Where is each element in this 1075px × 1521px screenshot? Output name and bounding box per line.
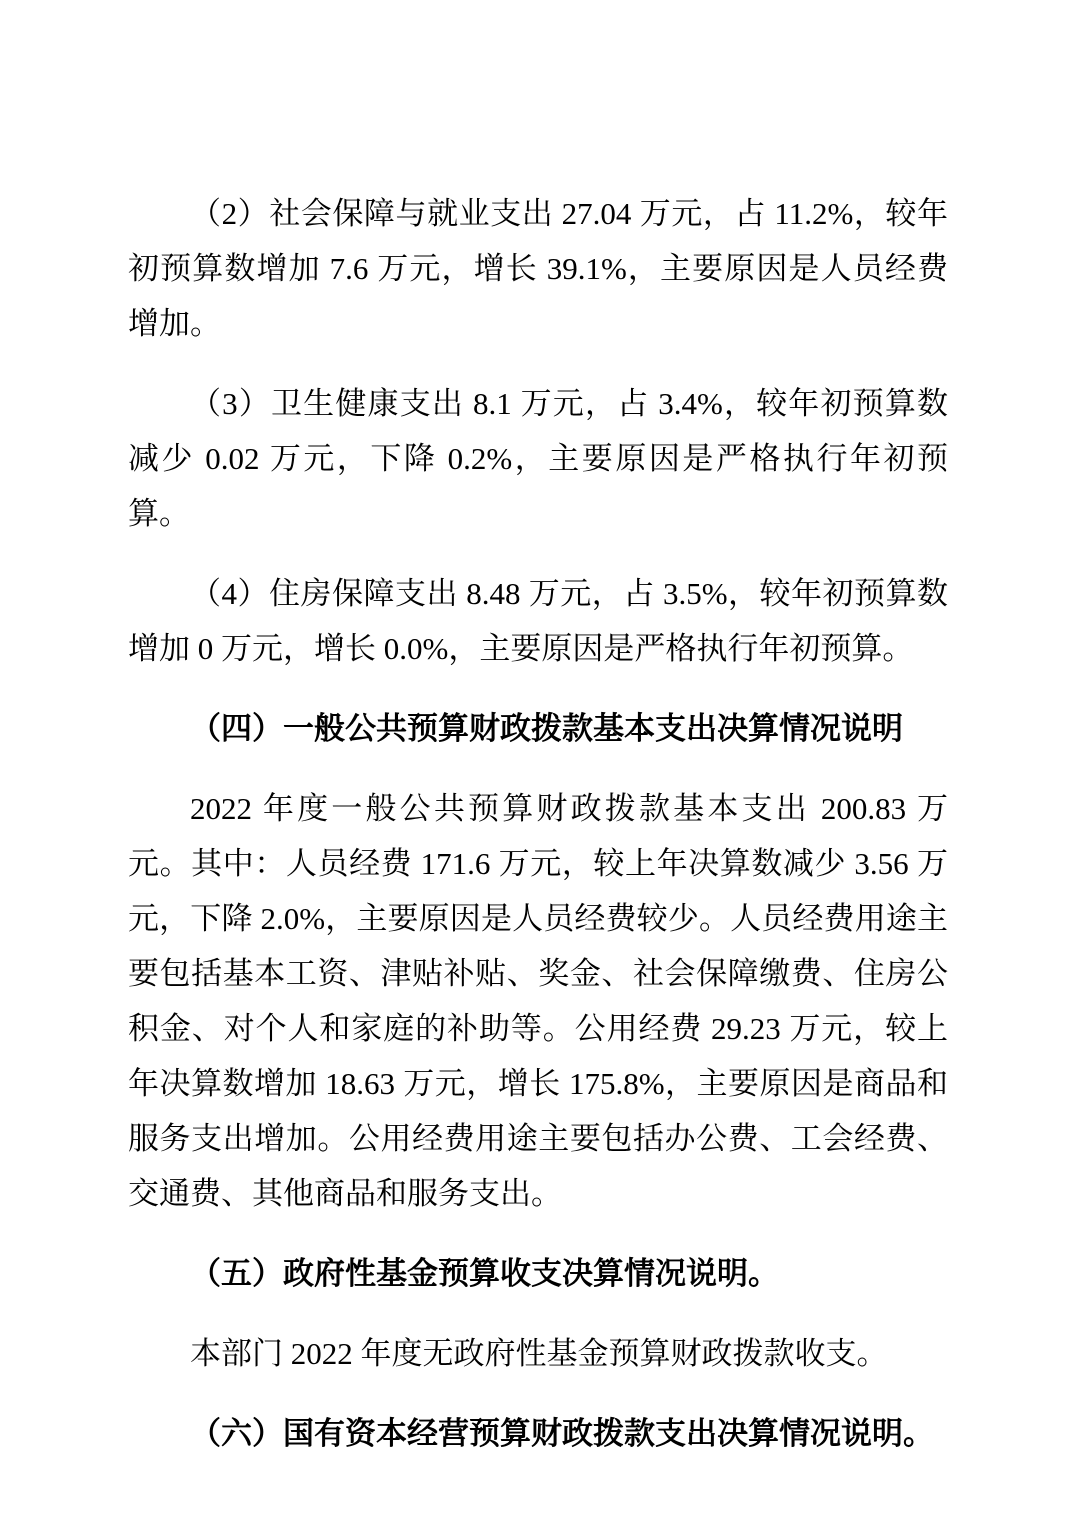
document-page: （2）社会保障与就业支出 27.04 万元，占 11.2%，较年初预算数增加 7…	[0, 0, 1075, 1521]
paragraph-no-gov-fund: 本部门 2022 年度无政府性基金预算财政拨款收支。	[128, 1326, 948, 1381]
paragraph-housing-expenditure: （4）住房保障支出 8.48 万元，占 3.5%，较年初预算数增加 0 万元，增…	[128, 566, 948, 676]
paragraph-social-security-expenditure: （2）社会保障与就业支出 27.04 万元，占 11.2%，较年初预算数增加 7…	[128, 186, 948, 351]
paragraph-health-expenditure: （3）卫生健康支出 8.1 万元，占 3.4%，较年初预算数减少 0.02 万元…	[128, 376, 948, 541]
heading-section-6-state-capital-budget: （六）国有资本经营预算财政拨款支出决算情况说明。	[128, 1406, 948, 1461]
heading-section-4-basic-expenditure: （四）一般公共预算财政拨款基本支出决算情况说明	[128, 701, 948, 756]
paragraph-basic-expenditure-detail: 2022 年度一般公共预算财政拨款基本支出 200.83 万元。其中：人员经费 …	[128, 781, 948, 1221]
heading-section-5-gov-fund-budget: （五）政府性基金预算收支决算情况说明。	[128, 1246, 948, 1301]
document-body: （2）社会保障与就业支出 27.04 万元，占 11.2%，较年初预算数增加 7…	[128, 186, 948, 1461]
